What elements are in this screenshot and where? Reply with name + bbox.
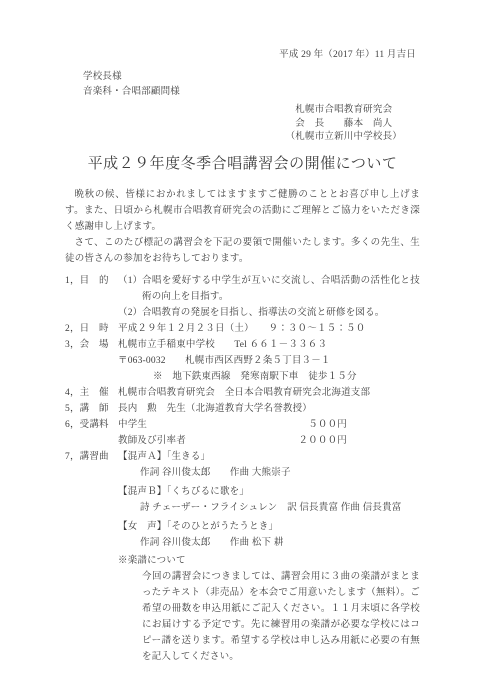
purpose-point-2: （2） 合唱教育の発展を目指し、指導法の交流と研修を図る。 <box>118 305 420 321</box>
item-lecturer-head: 5，講 師 <box>65 401 118 417</box>
purpose-point-2-marker: （2） <box>118 305 142 321</box>
venue-name-tel: 札幌市立手稲東中学校 Tel ６６１－３３６３ <box>118 337 420 353</box>
item-datetime-value: 平成２９年１２月２３日（土） ９：３０～１５：５０ <box>118 321 420 337</box>
item-fee-head: 6，受講料 <box>65 417 118 449</box>
sender-president-name: 会 長 藤本 尚人 <box>286 118 402 132</box>
document-title: 平成２９年度冬季合唱講習会の開催について <box>65 153 420 175</box>
item-venue-head: 3，会 場 <box>65 337 118 385</box>
item-songs: 7，講習曲 【混声Ａ】「生きる」 作詞 谷川俊太郎 作曲 大熊崇子 【混声Ｂ】「… <box>65 449 420 551</box>
item-organizer-head: 4，主 催 <box>65 385 118 401</box>
recipient-music-club-advisor: 音楽科・合唱部顧問様 <box>83 85 420 100</box>
recipient-school-principal: 学校長様 <box>83 70 420 85</box>
letter-page: 平成 29 年（2017 年）11 月吉日 学校長様 音楽科・合唱部顧問様 札幌… <box>0 0 480 679</box>
item-venue: 3，会 場 札幌市立手稲東中学校 Tel ６６１－３３６３ 〒063-0032 … <box>65 337 420 385</box>
song-mixed-b-title: 「くちびるに歌を」 <box>167 487 250 497</box>
song-female-credit: 作詞 谷川俊太郎 作曲 松下 耕 <box>118 535 420 551</box>
purpose-point-2-text: 合唱教育の発展を目指し、指導法の交流と研修を図る。 <box>142 305 420 321</box>
score-note-body: 今回の講習会につきましては、講習会用に３曲の楽譜がまとまったテキスト（非売品）を… <box>118 569 420 665</box>
song-female: 【女 声】「そのひとがうたうとき」 作詞 谷川俊太郎 作曲 松下 耕 <box>118 519 420 551</box>
item-datetime-head: 2，日 時 <box>65 321 118 337</box>
song-mixed-b-title-line: 【混声Ｂ】「くちびるに歌を」 <box>118 484 420 500</box>
item-datetime: 2，日 時 平成２９年１２月２３日（土） ９：３０～１５：５０ <box>65 321 420 337</box>
venue-address: 〒063-0032 札幌市西区西野２条５丁目３－１ <box>118 353 420 369</box>
venue-access: ※ 地下鉄東西線 発寒南駅下車 徒歩１５分 <box>118 369 420 385</box>
song-female-title-line: 【女 声】「そのひとがうたうとき」 <box>118 519 420 535</box>
fee-students-amount: ５００円 <box>308 417 347 433</box>
song-female-tag: 【女 声】 <box>118 522 167 532</box>
fee-teachers-label: 教師及び引率者 <box>118 433 186 449</box>
song-mixed-a-credit: 作詞 谷川俊太郎 作曲 大熊崇子 <box>118 465 420 481</box>
song-female-title: 「そのひとがうたうとき」 <box>167 522 279 532</box>
score-note-section: ※楽譜について 今回の講習会につきましては、講習会用に３曲の楽譜がまとまったテキ… <box>118 553 420 665</box>
purpose-point-1-text: 合唱を愛好する中学生が互いに交流し、合唱活動の活性化と技術の向上を目指す。 <box>142 273 420 305</box>
details-list: 1，目 的 （1） 合唱を愛好する中学生が互いに交流し、合唱活動の活性化と技術の… <box>65 273 420 551</box>
fee-row-students: 中学生 ５００円 <box>118 417 347 433</box>
fee-teachers-amount: ２０００円 <box>298 433 347 449</box>
fee-students-label: 中学生 <box>118 417 147 433</box>
item-purpose-head: 1，目 的 <box>65 273 118 321</box>
fee-row-teachers: 教師及び引率者 ２０００円 <box>118 433 347 449</box>
item-fee: 6，受講料 中学生 ５００円 教師及び引率者 ２０００円 <box>65 417 420 449</box>
item-songs-head: 7，講習曲 <box>65 449 118 551</box>
item-organizer-value: 札幌市合唱教育研究会 全日本合唱教育研究会北海道支部 <box>118 385 420 401</box>
sender-organization: 札幌市合唱教育研究会 <box>286 104 402 118</box>
sender-block: 札幌市合唱教育研究会 会 長 藤本 尚人 （札幌市立新川中学校長） <box>286 104 402 145</box>
greeting-paragraph-2: さて、このたび標記の講習会を下記の要領で開催いたします。多くの先生、生徒の皆さん… <box>65 235 420 267</box>
song-mixed-a-tag: 【混声Ａ】 <box>118 452 167 462</box>
song-mixed-a-title-line: 【混声Ａ】「生きる」 <box>118 449 420 465</box>
purpose-point-1: （1） 合唱を愛好する中学生が互いに交流し、合唱活動の活性化と技術の向上を目指す… <box>118 273 420 305</box>
song-mixed-a-title: 「生きる」 <box>167 452 211 462</box>
song-mixed-a: 【混声Ａ】「生きる」 作詞 谷川俊太郎 作曲 大熊崇子 <box>118 449 420 481</box>
purpose-point-1-marker: （1） <box>118 273 142 305</box>
item-purpose: 1，目 的 （1） 合唱を愛好する中学生が互いに交流し、合唱活動の活性化と技術の… <box>65 273 420 321</box>
recipient-block: 学校長様 音楽科・合唱部顧問様 <box>83 70 420 99</box>
score-note-heading: ※楽譜について <box>118 553 420 569</box>
song-mixed-b-credit: 詩 チェーザー・フライシュレン 訳 信長貴富 作曲 信長貴富 <box>118 500 420 516</box>
date-line: 平成 29 年（2017 年）11 月吉日 <box>65 48 420 62</box>
item-lecturer-value: 長内 勲 先生（北海道教育大学名誉教授） <box>118 401 420 417</box>
greeting-paragraph-1: 晩秋の候、皆様におかれましてはますますご健勝のこととお喜び申し上げます。また、日… <box>65 187 420 235</box>
item-organizer: 4，主 催 札幌市合唱教育研究会 全日本合唱教育研究会北海道支部 <box>65 385 420 401</box>
sender-title-note: （札幌市立新川中学校長） <box>286 131 402 145</box>
song-mixed-b-tag: 【混声Ｂ】 <box>118 487 167 497</box>
item-lecturer: 5，講 師 長内 勲 先生（北海道教育大学名誉教授） <box>65 401 420 417</box>
song-mixed-b: 【混声Ｂ】「くちびるに歌を」 詩 チェーザー・フライシュレン 訳 信長貴富 作曲… <box>118 484 420 516</box>
